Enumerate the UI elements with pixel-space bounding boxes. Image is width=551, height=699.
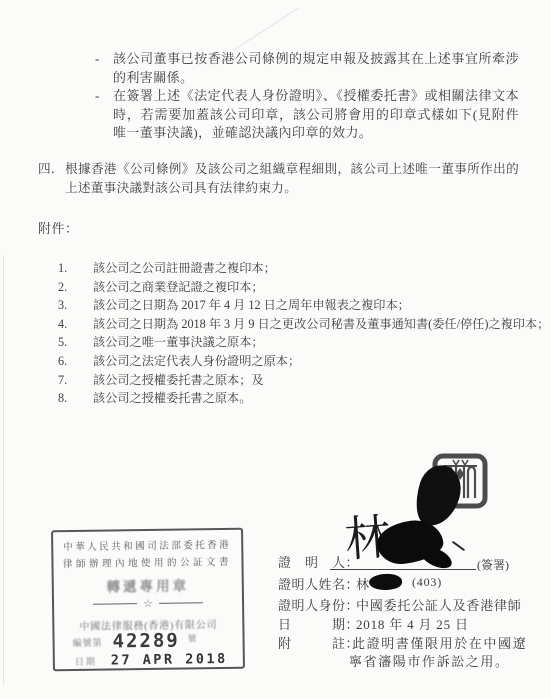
bullet-item: - 在簽署上述《法定代表人身份證明》、《授權委托書》或相關法律文本時，若需要加蓋…: [95, 87, 519, 143]
certifier-name-code: (403): [412, 575, 442, 590]
redaction-blob-name: [369, 573, 403, 591]
clause-text: 根據香港《公司條例》及該公司之組織章程細則，該公司上述唯一董事所作出的上述董事決…: [65, 160, 519, 197]
list-item-number: 4.: [58, 315, 93, 334]
scan-artifact-diagonal-line: [233, 8, 299, 51]
signature-stroke: [452, 541, 465, 551]
list-item: 4.該公司之日期為 2018 年 3 月 9 日之更改公司秘書及董事通知書(委任…: [58, 315, 536, 334]
bullet-text: 該公司董事已按香港公司條例的規定申報及披露其在上述事宜所牽涉的利害關係。: [113, 50, 519, 87]
stamp-number-row: 編號第 42289 號: [54, 631, 242, 653]
stamp-date-value: 27 APR 2018: [111, 651, 228, 669]
certifier-name-label: 證明人姓名：: [278, 574, 359, 593]
list-item-text: 該公司之日期為 2018 年 3 月 9 日之更改公司秘書及董事通知書(委任/停…: [93, 315, 549, 334]
list-item: 5.該公司之唯一董事決議之原本；: [58, 333, 536, 352]
certifier-name-surname: 林: [356, 574, 370, 593]
list-item-text: 該公司之法定代表人身份證明之原本；: [93, 352, 300, 371]
stamp-company-name: 中國法律服務(香港)有限公司: [54, 616, 242, 634]
stamp-date-row: 日期 27 APR 2018: [55, 651, 243, 670]
certifier-identity-label: 證明人身份：: [278, 595, 359, 614]
list-item-number: 5.: [58, 333, 93, 352]
list-item-text: 該公司之商業登記證之複印本；: [93, 278, 264, 297]
list-item: 6.該公司之法定代表人身份證明之原本；: [58, 352, 536, 371]
clause-four: 四． 根據香港《公司條例》及該公司之組織章程細則，該公司上述唯一董事所作出的上述…: [38, 160, 519, 197]
stamp-number-value: 42289: [112, 632, 179, 652]
bullet-text: 在簽署上述《法定代表人身份證明》、《授權委托書》或相關法律文本時，若需要加蓋該公…: [113, 87, 519, 143]
note-line-1: 此證明書僅限用於在中國遼: [352, 633, 527, 652]
stamp-star-divider: ☆: [54, 596, 242, 612]
list-item-text: 該公司之日期為 2017 年 4 月 12 日之周年申報表之複印本；: [93, 296, 410, 315]
scan-artifact-vertical-line: [3, 255, 4, 685]
notarial-certificate-page: - 該公司董事已按香港公司條例的規定申報及披露其在上述事宜所牽涉的利害關係。 -…: [0, 0, 551, 699]
divider-line: [93, 603, 137, 605]
declaration-bullets: - 該公司董事已按香港公司條例的規定申報及披露其在上述事宜所牽涉的利害關係。 -…: [95, 50, 519, 143]
note-line-2: 寧省瀋陽市作訴訟之用。: [349, 651, 510, 670]
list-item-number: 3.: [58, 296, 93, 315]
list-item: 1.該公司之公司註冊證書之複印本；: [58, 259, 536, 278]
bullet-item: - 該公司董事已按香港公司條例的規定申報及披露其在上述事宜所牽涉的利害關係。: [95, 50, 519, 87]
attachments-list: 1.該公司之公司註冊證書之複印本； 2.該公司之商業登記證之複印本； 3.該公司…: [58, 259, 536, 408]
certificate-date-label: 日 期：: [278, 614, 359, 633]
divider-line: [159, 602, 203, 604]
list-item-text: 該公司之授權委托書之原本；及: [93, 371, 264, 390]
list-item: 8.該公司之授權委托書之原本。: [58, 389, 536, 408]
stamp-number-label: 編號第: [73, 636, 103, 652]
list-item-number: 1.: [58, 259, 93, 278]
note-label: 附 註：: [278, 633, 359, 652]
stamp-number-suffix: 號: [188, 632, 197, 650]
certifier-identity-value: 中國委托公証人及香港律師: [356, 595, 522, 614]
list-item-number: 2.: [58, 278, 93, 297]
stamp-line-1: 中華人民共和國司法部委托香港: [53, 537, 241, 554]
list-item-text: 該公司之唯一董事決議之原本；: [93, 333, 264, 352]
list-item: 7.該公司之授權委托書之原本；及: [58, 371, 536, 390]
stamp-line-2: 律師辦理內地使用的公証文書: [53, 554, 241, 571]
list-item: 2.該公司之商業登記證之複印本；: [58, 278, 536, 297]
transfer-stamp: 中華人民共和國司法部委托香港 律師辦理內地使用的公証文書 轉遞專用章 ☆ 中國法…: [51, 528, 245, 672]
sign-here-note: (簽署): [477, 556, 509, 573]
attachments-heading: 附件：: [38, 218, 79, 237]
star-icon: ☆: [143, 597, 153, 610]
bullet-marker: -: [95, 50, 113, 87]
certificate-date-value: 2018 年 4 月 25 日: [356, 614, 469, 633]
list-item-number: 7.: [58, 371, 93, 390]
list-item-text: 該公司之公司註冊證書之複印本；: [93, 259, 276, 278]
signature-line: [330, 569, 476, 570]
list-item-number: 6.: [58, 352, 93, 371]
stamp-date-label: 日期: [75, 654, 97, 667]
list-item-text: 該公司之授權委托書之原本。: [93, 389, 251, 408]
stamp-seal-title: 轉遞專用章: [54, 574, 242, 597]
list-item: 3.該公司之日期為 2017 年 4 月 12 日之周年申報表之複印本；: [58, 296, 536, 315]
list-item-number: 8.: [58, 389, 93, 408]
clause-number: 四．: [38, 160, 65, 197]
bullet-marker: -: [95, 87, 113, 143]
